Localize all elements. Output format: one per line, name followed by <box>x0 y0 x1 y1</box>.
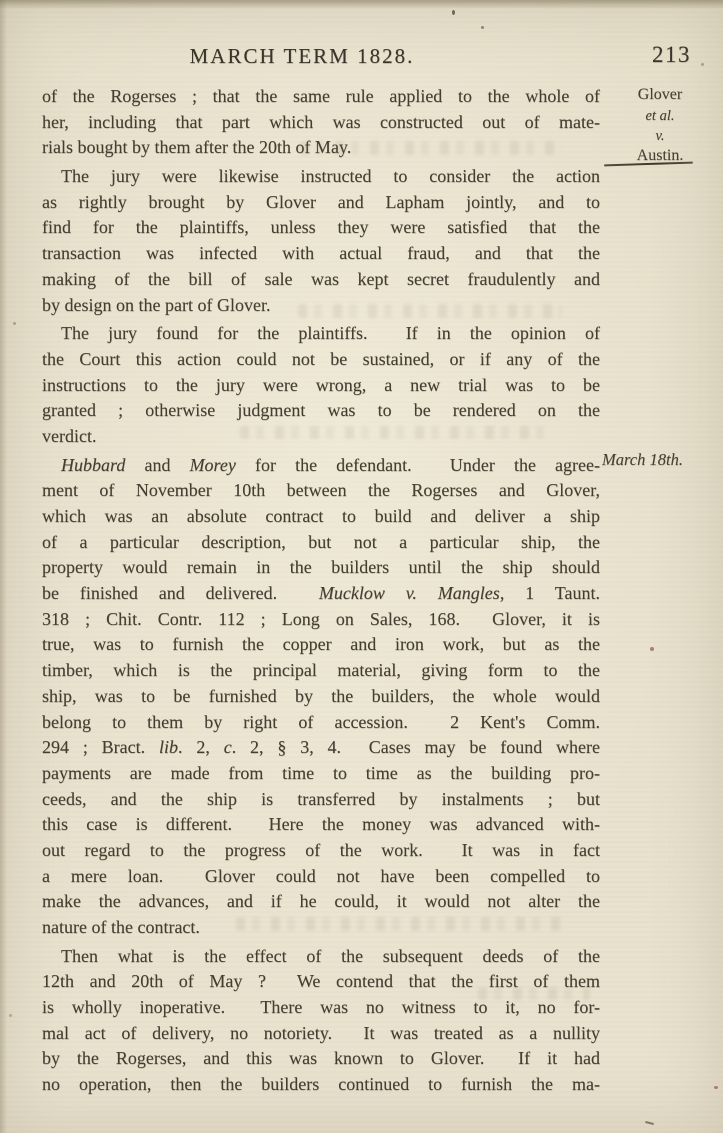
text-line: instructions to the jury were wrong, a n… <box>42 373 600 399</box>
text-line: be finished and delivered. Mucklow v. Ma… <box>42 581 600 607</box>
text-line: true, was to furnish the copper and iron… <box>42 632 600 658</box>
text-line: 318 ; Chit. Contr. 112 ; Long on Sales, … <box>42 607 600 633</box>
text-line: transaction was infected with actual fra… <box>42 241 600 267</box>
ink-speck <box>650 647 654 651</box>
margin-note-date: March 18th. <box>602 450 723 470</box>
text-line: out regard to the progress of the work. … <box>42 838 600 864</box>
text-line: nature of the contract. <box>42 915 600 941</box>
ink-speck <box>481 26 484 29</box>
text-line: verdict. <box>42 424 600 450</box>
text-line: payments are made from time to time as t… <box>42 761 600 787</box>
text-line: Then what is the effect of the subsequen… <box>42 944 600 970</box>
paragraph: The jury were likewise instructed to con… <box>42 164 600 318</box>
running-head: MARCH TERM 1828. <box>42 44 562 69</box>
ink-speck <box>13 322 16 325</box>
text-line: of the Rogerses ; that the same rule app… <box>42 84 600 110</box>
case-party-plaintiff: Glover <box>604 85 716 106</box>
paragraph: Hubbard and Morey for the defendant. Und… <box>42 453 600 941</box>
text-line: the Court this action could not be susta… <box>42 347 600 373</box>
text-line: by the Rogerses, and this was known to G… <box>42 1046 600 1072</box>
text-line: as rightly brought by Glover and Lapham … <box>42 190 600 216</box>
ink-speck <box>701 63 704 66</box>
ink-speck <box>452 10 455 15</box>
paragraph: of the Rogerses ; that the same rule app… <box>42 84 600 161</box>
text-line: this case is different. Here the money w… <box>42 812 600 838</box>
scanned-book-page: MARCH TERM 1828. 213 of the Rogerses ; t… <box>0 0 723 1133</box>
text-line: make the advances, and if he could, it w… <box>42 889 600 915</box>
text-line: ceeds, and the ship is transferred by in… <box>42 787 600 813</box>
text-line: of a particular description, but not a p… <box>42 530 600 556</box>
text-line: by design on the part of Glover. <box>42 293 600 319</box>
margin-note-case-name: Glover et al. v. Austin. <box>604 85 716 166</box>
ink-speck <box>714 1086 718 1089</box>
text-line: her, including that part which was const… <box>42 110 600 136</box>
text-line: mal act of delivery, no notoriety. It wa… <box>42 1021 600 1047</box>
text-line: property would remain in the builders un… <box>42 555 600 581</box>
text-line: making of the bill of sale was kept secr… <box>42 267 600 293</box>
paragraph: Then what is the effect of the subsequen… <box>42 944 600 1098</box>
text-line: ship, was to be furnished by the builder… <box>42 684 600 710</box>
text-line: no operation, then the builders continue… <box>42 1072 600 1098</box>
ink-scratch <box>645 1121 654 1125</box>
case-versus: v. <box>604 126 716 146</box>
text-line: a mere loan. Glover could not have been … <box>42 864 600 890</box>
case-et-al: et al. <box>604 106 716 126</box>
text-line: 294 ; Bract. lib. 2, c. 2, § 3, 4. Cases… <box>42 735 600 761</box>
text-line: ment of November 10th between the Rogers… <box>42 478 600 504</box>
ink-speck <box>9 1014 12 1017</box>
text-line: find for the plaintiffs, unless they wer… <box>42 215 600 241</box>
body-text: of the Rogerses ; that the same rule app… <box>42 84 600 1098</box>
text-line: belong to them by right of accession. 2 … <box>42 710 600 736</box>
page-left-edge-shading <box>0 0 7 1133</box>
text-line: timber, which is the principal material,… <box>42 658 600 684</box>
text-line: rials bought by them after the 20th of M… <box>42 135 600 161</box>
text-line: The jury were likewise instructed to con… <box>42 164 600 190</box>
text-line: granted ; otherwise judgment was to be r… <box>42 398 600 424</box>
page-number: 213 <box>652 42 691 68</box>
text-line: Hubbard and Morey for the defendant. Und… <box>42 453 600 479</box>
text-line: is wholly inoperative. There was no witn… <box>42 995 600 1021</box>
page-top-edge-shading <box>0 0 723 9</box>
paragraph: The jury found for the plaintiffs. If in… <box>42 321 600 449</box>
text-line: which was an absolute contract to build … <box>42 504 600 530</box>
text-line: The jury found for the plaintiffs. If in… <box>42 321 600 347</box>
text-line: 12th and 20th of May ? We contend that t… <box>42 969 600 995</box>
